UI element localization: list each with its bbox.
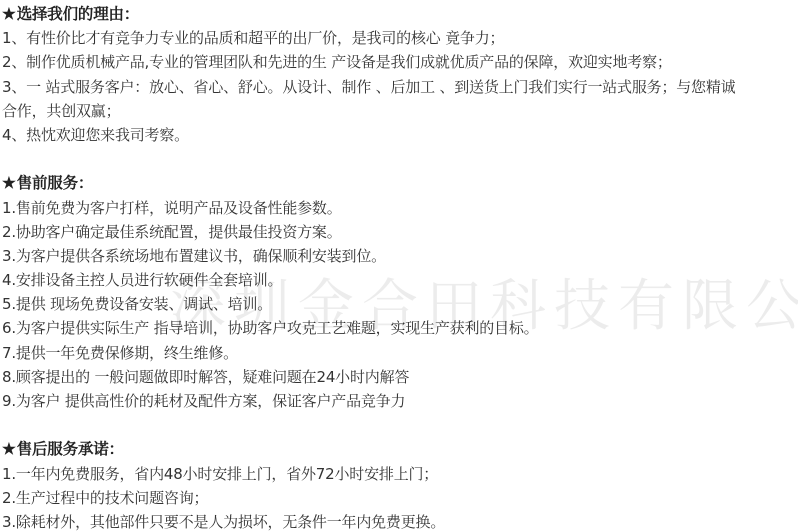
list-item: 1.售前免费为客户打样，说明产品及设备性能参数。 — [2, 196, 796, 220]
list-item: 1.一年内免费服务，省内48小时安排上门，省外72小时安排上门； — [2, 462, 796, 486]
section-heading-reasons: ★选择我们的理由： — [2, 2, 796, 26]
list-item: 5.提供 现场免费设备安装、调试、培训。 — [2, 292, 796, 316]
list-item: 3.除耗材外，其他部件只要不是人为损坏，无条件一年内免费更换。 — [2, 510, 796, 532]
list-item: 8.顾客提出的 一般问题做即时解答，疑难问题在24小时内解答 — [2, 365, 796, 389]
section-heading-presales: ★售前服务： — [2, 171, 796, 195]
list-item: 6.为客户提供实际生产 指导培训，协助客户攻克工艺难题，实现生产获利的目标。 — [2, 316, 796, 340]
list-item: 3、一 站式服务客户：放心、省心、舒心。从设计、制作 、后加工 、到送货上门我们… — [2, 75, 796, 99]
list-item: 1、有性价比才有竞争力专业的品质和超平的出厂价，是我司的核心 竟争力； — [2, 26, 796, 50]
star-icon: ★ — [2, 4, 16, 23]
list-item: 4.安排设备主控人员进行软硬件全套培训。 — [2, 268, 796, 292]
list-item: 2.生产过程中的技术问题咨询； — [2, 486, 796, 510]
list-item: 2.协助客户确定最佳系统配置，提供最佳投资方案。 — [2, 220, 796, 244]
list-item: 4、热忱欢迎您来我司考察。 — [2, 123, 796, 147]
list-item: 7.提供一年免费保修期，终生维修。 — [2, 341, 796, 365]
list-item: 3.为客户提供各系统场地布置建议书，确保顺利安装到位。 — [2, 244, 796, 268]
spacer — [2, 413, 796, 437]
list-item: 合作，共创双赢； — [2, 99, 796, 123]
service-document: ★选择我们的理由： 1、有性价比才有竞争力专业的品质和超平的出厂价，是我司的核心… — [2, 2, 796, 532]
star-icon: ★ — [2, 173, 16, 192]
star-icon: ★ — [2, 439, 16, 458]
spacer — [2, 147, 796, 171]
list-item: 9.为客户 提供高性价的耗材及配件方案，保证客户产品竞争力 — [2, 389, 796, 413]
list-item: 2、制作优质机械产品,专业的管理团队和先进的生 产设备是我们成就优质产品的保障，… — [2, 50, 796, 74]
section-heading-aftersales: ★售后服务承诺： — [2, 437, 796, 461]
